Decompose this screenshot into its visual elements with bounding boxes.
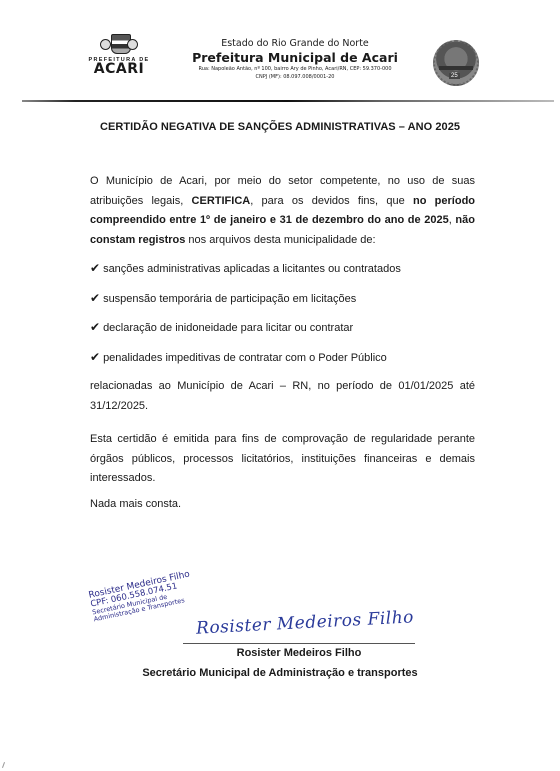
handwritten-signature: Rosister Medeiros Filho xyxy=(196,607,415,638)
text: nos arquivos desta municipalidade de: xyxy=(185,234,375,246)
state-name: Estado do Rio Grande do Norte xyxy=(165,38,425,50)
logo-name: ACARI xyxy=(84,63,154,76)
list-item: ✔declaração de inidoneidade para licitar… xyxy=(90,318,490,348)
signer-role: Secretário Municipal de Administração e … xyxy=(100,667,460,679)
text: , para os devidos fins, que xyxy=(250,195,413,207)
signature-line xyxy=(183,643,415,644)
list-item-text: penalidades impeditivas de contratar com… xyxy=(103,352,387,364)
list-item: ✔penalidades impeditivas de contratar co… xyxy=(90,348,490,378)
checkmark-icon: ✔ xyxy=(90,350,100,364)
purpose-paragraph: Esta certidão é emitida para fins de com… xyxy=(90,430,475,489)
letterhead-text: Estado do Rio Grande do Norte Prefeitura… xyxy=(165,38,425,81)
cnpj: CNPJ (MF): 08.097.008/0001-20 xyxy=(165,73,425,81)
letterhead: PREFEITURA DE ACARI Estado do Rio Grande… xyxy=(0,0,560,110)
document-title: CERTIDÃO NEGATIVA DE SANÇÕES ADMINISTRAT… xyxy=(0,121,560,133)
scan-mark xyxy=(2,762,5,768)
list-item: ✔suspensão temporária de participação em… xyxy=(90,289,490,319)
prefecture-name: Prefeitura Municipal de Acari xyxy=(165,50,425,65)
list-item-text: suspensão temporária de participação em … xyxy=(103,293,356,305)
list-item: ✔sanções administrativas aplicadas a lic… xyxy=(90,259,490,289)
list-item-text: sanções administrativas aplicadas a lici… xyxy=(103,263,401,275)
official-stamp: Rosister Medeiros Filho CPF: 060.558.074… xyxy=(88,565,222,623)
coat-of-arms-icon xyxy=(99,34,139,54)
period-paragraph: relacionadas ao Município de Acari – RN,… xyxy=(90,377,475,416)
checkmark-icon: ✔ xyxy=(90,291,100,305)
bold-text: CERTIFICA xyxy=(192,195,251,207)
anniversary-seal-icon: 25 xyxy=(433,40,479,86)
acari-logo: PREFEITURA DE ACARI xyxy=(84,34,154,78)
checkmark-icon: ✔ xyxy=(90,261,100,275)
sanctions-checklist: ✔sanções administrativas aplicadas a lic… xyxy=(90,259,490,377)
signer-name: Rosister Medeiros Filho xyxy=(183,647,415,659)
address: Rua: Napoleão Antão, nº 100, bairro Ary … xyxy=(165,65,425,73)
header-divider xyxy=(22,100,554,102)
seal-number: 25 xyxy=(449,73,460,79)
closing-paragraph: Nada mais consta. xyxy=(90,495,475,515)
checkmark-icon: ✔ xyxy=(90,320,100,334)
certification-paragraph: O Município de Acari, por meio do setor … xyxy=(90,172,475,250)
list-item-text: declaração de inidoneidade para licitar … xyxy=(103,322,353,334)
